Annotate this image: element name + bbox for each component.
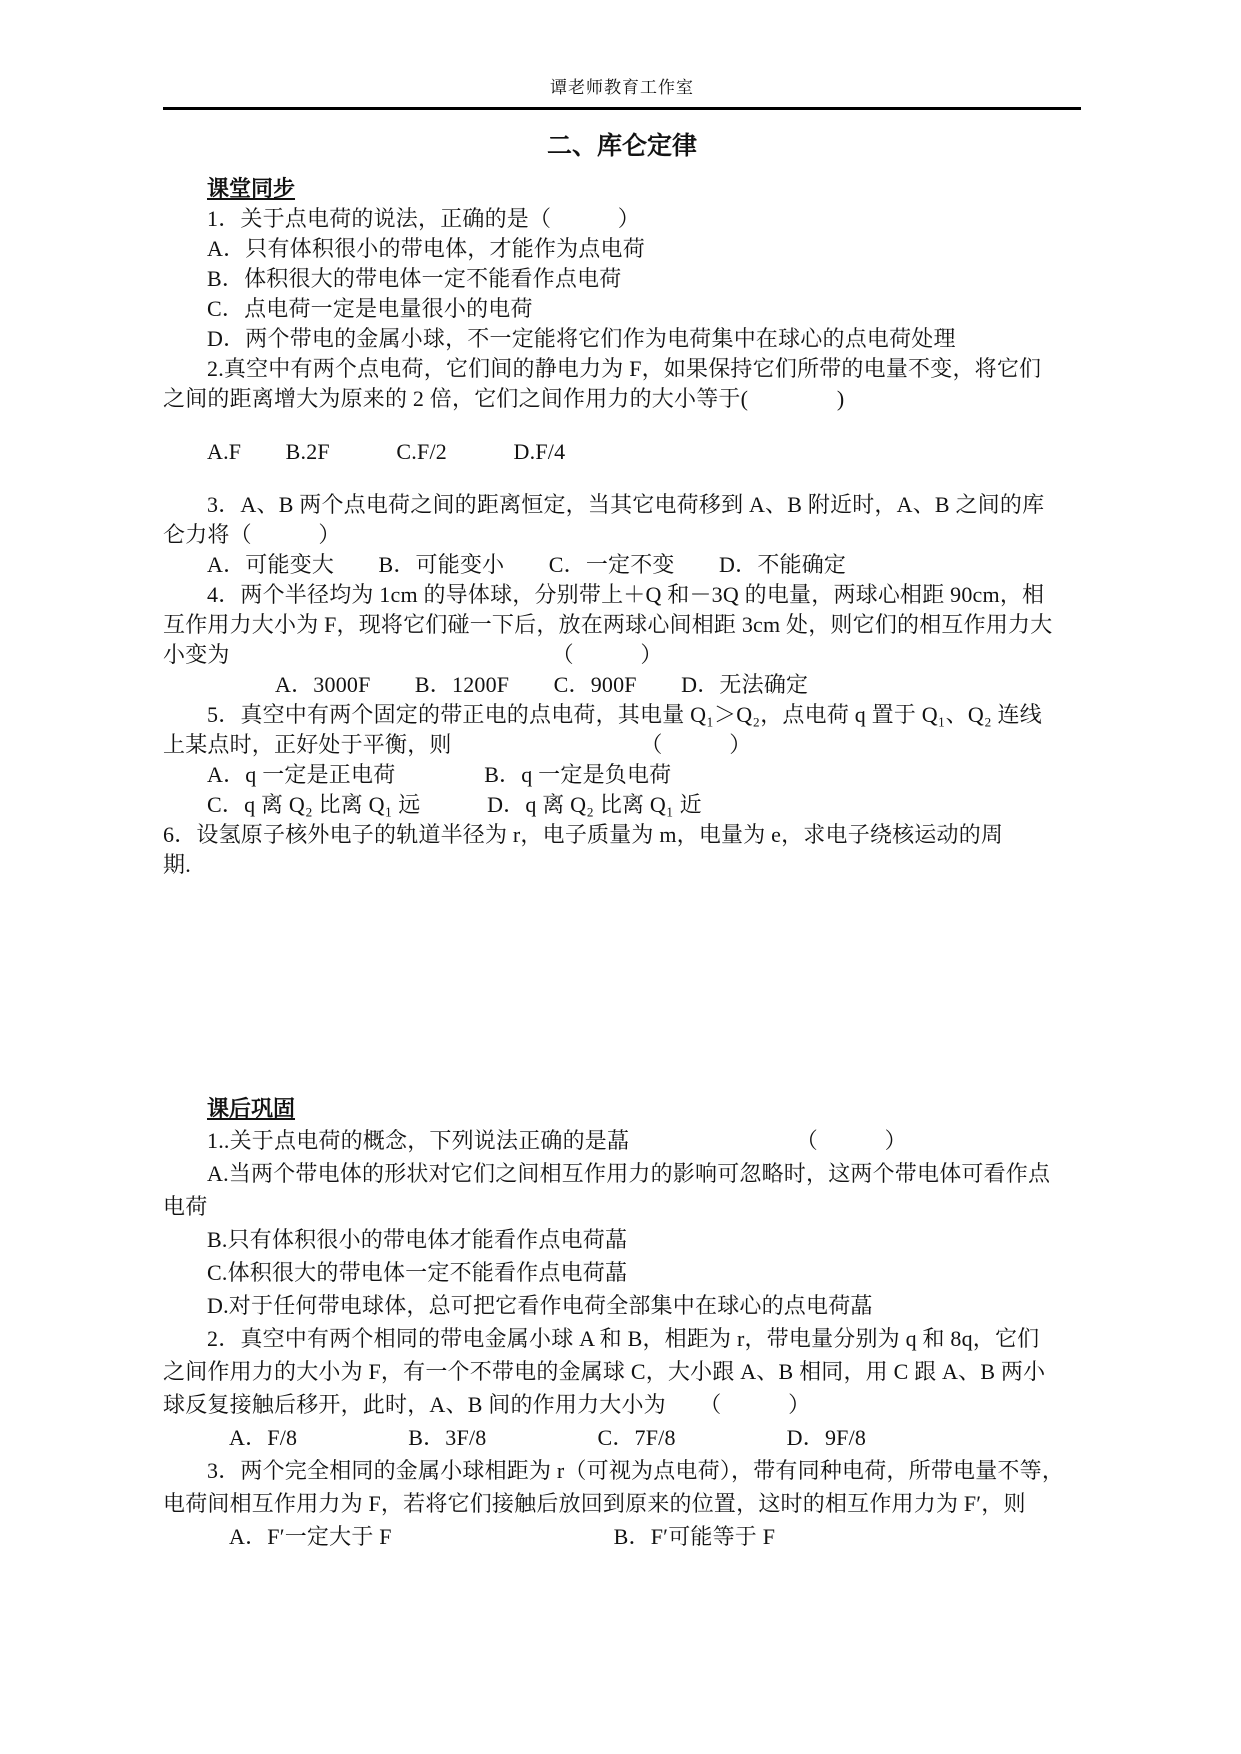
text-line: A.F B.2F C.F/2 D.F/4	[163, 437, 1081, 467]
section-heading-classwork: 课堂同步	[207, 176, 295, 202]
text-line: A.当两个带电体的形状对它们之间相互作用力的影响可忽略时，这两个带电体可看作点	[163, 1157, 1081, 1190]
text-line: 1．关于点电荷的说法，正确的是（ ）	[163, 204, 1081, 234]
text-line: 5．真空中有两个固定的带正电的点电荷，其电量 Q₁＞Q₂，点电荷 q 置于 Q₁…	[163, 700, 1081, 730]
text-line: 上某点时，正好处于平衡，则 （ ）	[163, 730, 1081, 760]
text-line: 之间的距离增大为原来的 2 倍，它们之间作用力的大小等于( )	[163, 384, 1081, 414]
text-line: D.对于任何带电球体，总可把它看作电荷全部集中在球心的点电荷蕌	[163, 1289, 1081, 1322]
text-line: C．点电荷一定是电量很小的电荷	[163, 294, 1081, 324]
text-line: B．体积很大的带电体一定不能看作点电荷	[163, 264, 1081, 294]
text-line: A．F/8 B．3F/8 C．7F/8 D．9F/8	[163, 1421, 1081, 1454]
text-line: 3．A、B 两个点电荷之间的距离恒定，当其它电荷移到 A、B 附近时，A、B 之…	[163, 490, 1081, 520]
text-line: 电荷	[163, 1190, 1081, 1223]
text-line: 小变为 （ ）	[163, 640, 1081, 670]
section-classwork: 课堂同步 1．关于点电荷的说法，正确的是（ ）A．只有体积很小的带电体，才能作为…	[163, 176, 1081, 880]
text-line: 互作用力大小为 F，现将它们碰一下后，放在两球心间相距 3cm 处，则它们的相互…	[163, 610, 1081, 640]
text-line: 6．设氢原子核外电子的轨道半径为 r，电子质量为 m，电量为 e，求电子绕核运动…	[163, 820, 1081, 850]
text-line: A．可能变大 B．可能变小 C．一定不变 D．不能确定	[163, 550, 1081, 580]
header-rule	[163, 107, 1081, 110]
text-line: 1..关于点电荷的概念，下列说法正确的是蕌 （ ）	[163, 1124, 1081, 1157]
text-line: 3．两个完全相同的金属小球相距为 r（可视为点电荷），带有同种电荷，所带电量不等…	[163, 1454, 1081, 1487]
text-line	[163, 467, 1081, 490]
text-line: 球反复接触后移开，此时，A、B 间的作用力大小为 （ ）	[163, 1388, 1081, 1421]
section-heading-homework: 课后巩固	[207, 1096, 295, 1122]
text-line: 2.真空中有两个点电荷，它们间的静电力为 F，如果保持它们所带的电量不变，将它们	[163, 354, 1081, 384]
worked-answer-space	[163, 880, 1081, 1082]
section-heading-row: 课后巩固	[163, 1096, 1081, 1122]
worksheet-page: 谭老师教育工作室 二、库仑定律 课堂同步 1．关于点电荷的说法，正确的是（ ）A…	[0, 0, 1241, 1754]
text-line	[163, 414, 1081, 437]
text-line: D．两个带电的金属小球，不一定能将它们作为电荷集中在球心的点电荷处理	[163, 324, 1081, 354]
text-line: 2．真空中有两个相同的带电金属小球 A 和 B，相距为 r，带电量分别为 q 和…	[163, 1322, 1081, 1355]
page-header: 谭老师教育工作室	[163, 78, 1081, 110]
text-line: C.体积很大的带电体一定不能看作点电荷蕌	[163, 1256, 1081, 1289]
text-line: A．F′一定大于 F B．F′可能等于 F	[163, 1520, 1081, 1553]
section-heading-row: 课堂同步	[163, 176, 1081, 202]
text-line: A．只有体积很小的带电体，才能作为点电荷	[163, 234, 1081, 264]
text-line: A．q 一定是正电荷 B．q 一定是负电荷	[163, 760, 1081, 790]
text-line: C．q 离 Q₂ 比离 Q₁ 远 D．q 离 Q₂ 比离 Q₁ 近	[163, 790, 1081, 820]
section-homework: 课后巩固 1..关于点电荷的概念，下列说法正确的是蕌 （ ）A.当两个带电体的形…	[163, 1096, 1081, 1553]
text-line: 4．两个半径均为 1cm 的导体球，分别带上＋Q 和－3Q 的电量，两球心相距 …	[163, 580, 1081, 610]
section-classwork-lines: 1．关于点电荷的说法，正确的是（ ）A．只有体积很小的带电体，才能作为点电荷B．…	[163, 204, 1081, 880]
text-line: 电荷间相互作用力为 F，若将它们接触后放回到原来的位置，这时的相互作用力为 F′…	[163, 1487, 1081, 1520]
section-homework-lines: 1..关于点电荷的概念，下列说法正确的是蕌 （ ）A.当两个带电体的形状对它们之…	[163, 1124, 1081, 1553]
text-line: 仑力将（ ）	[163, 520, 1081, 550]
text-line: B.只有体积很小的带电体才能看作点电荷蕌	[163, 1223, 1081, 1256]
text-line: 期.	[163, 850, 1081, 880]
text-line: A．3000F B．1200F C．900F D．无法确定	[163, 670, 1081, 700]
header-studio-name: 谭老师教育工作室	[163, 78, 1081, 98]
page-title: 二、库仑定律	[163, 132, 1081, 162]
text-line: 之间作用力的大小为 F，有一个不带电的金属球 C，大小跟 A、B 相同，用 C …	[163, 1355, 1081, 1388]
